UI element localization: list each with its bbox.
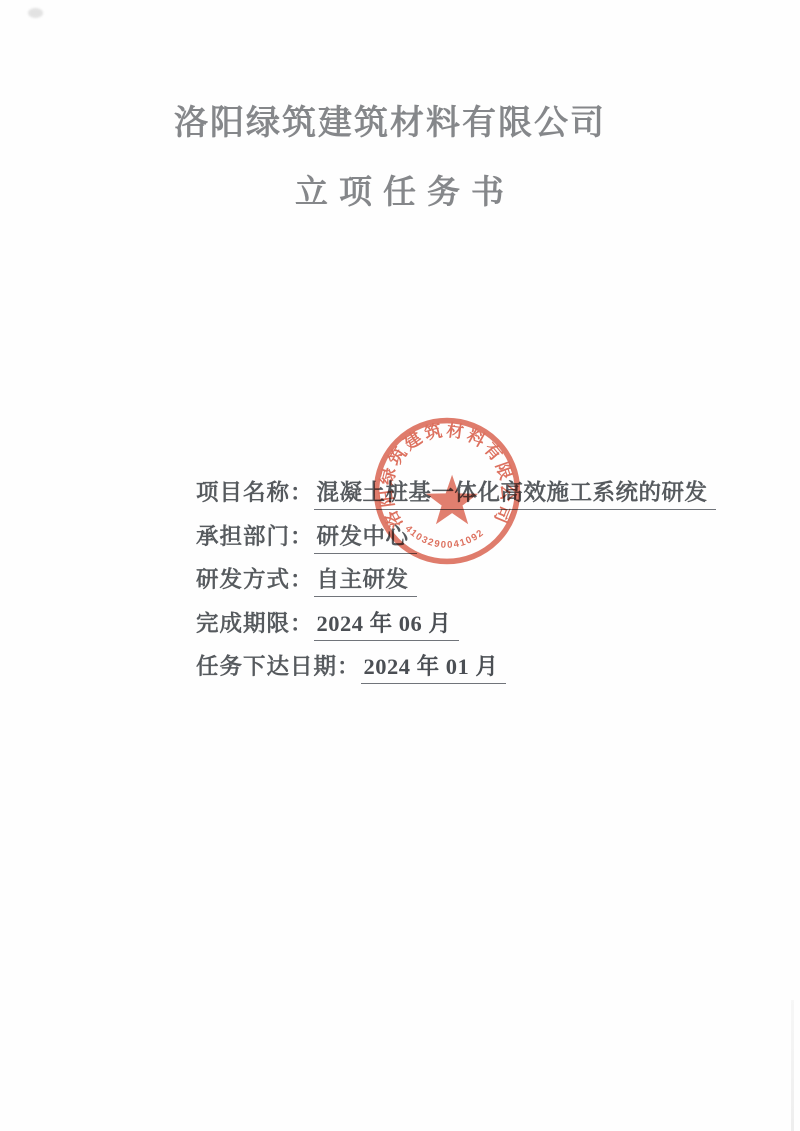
field-rd-mode: 研发方式：自主研发 (196, 562, 417, 597)
field-issue-date: 任务下达日期：2024 年 01 月 (196, 649, 506, 684)
field-value: 2024 年 01 月 (361, 649, 507, 684)
field-label: 承担部门： (196, 524, 314, 549)
field-label: 任务下达日期： (196, 654, 361, 679)
field-value: 2024 年 06 月 (314, 606, 460, 641)
document-page: 洛阳绿筑建筑材料有限公司 立项任务书 项目名称：混凝土桩基一体化高效施工系统的研… (0, 0, 800, 1131)
scan-smudge (28, 8, 43, 18)
field-label: 研发方式： (196, 567, 314, 592)
field-value: 自主研发 (314, 562, 417, 597)
field-label: 项目名称： (196, 480, 314, 505)
company-name-heading: 洛阳绿筑建筑材料有限公司 (0, 95, 780, 144)
field-label: 完成期限： (196, 611, 314, 636)
scan-edge-streak (791, 1000, 794, 1131)
field-deadline: 完成期限：2024 年 06 月 (196, 606, 459, 641)
field-department: 承担部门：研发中心 (196, 519, 417, 554)
document-title: 立项任务书 (0, 166, 800, 213)
field-project-name: 项目名称：混凝土桩基一体化高效施工系统的研发 (196, 475, 716, 510)
field-value: 混凝土桩基一体化高效施工系统的研发 (314, 475, 716, 510)
field-value: 研发中心 (314, 519, 417, 554)
